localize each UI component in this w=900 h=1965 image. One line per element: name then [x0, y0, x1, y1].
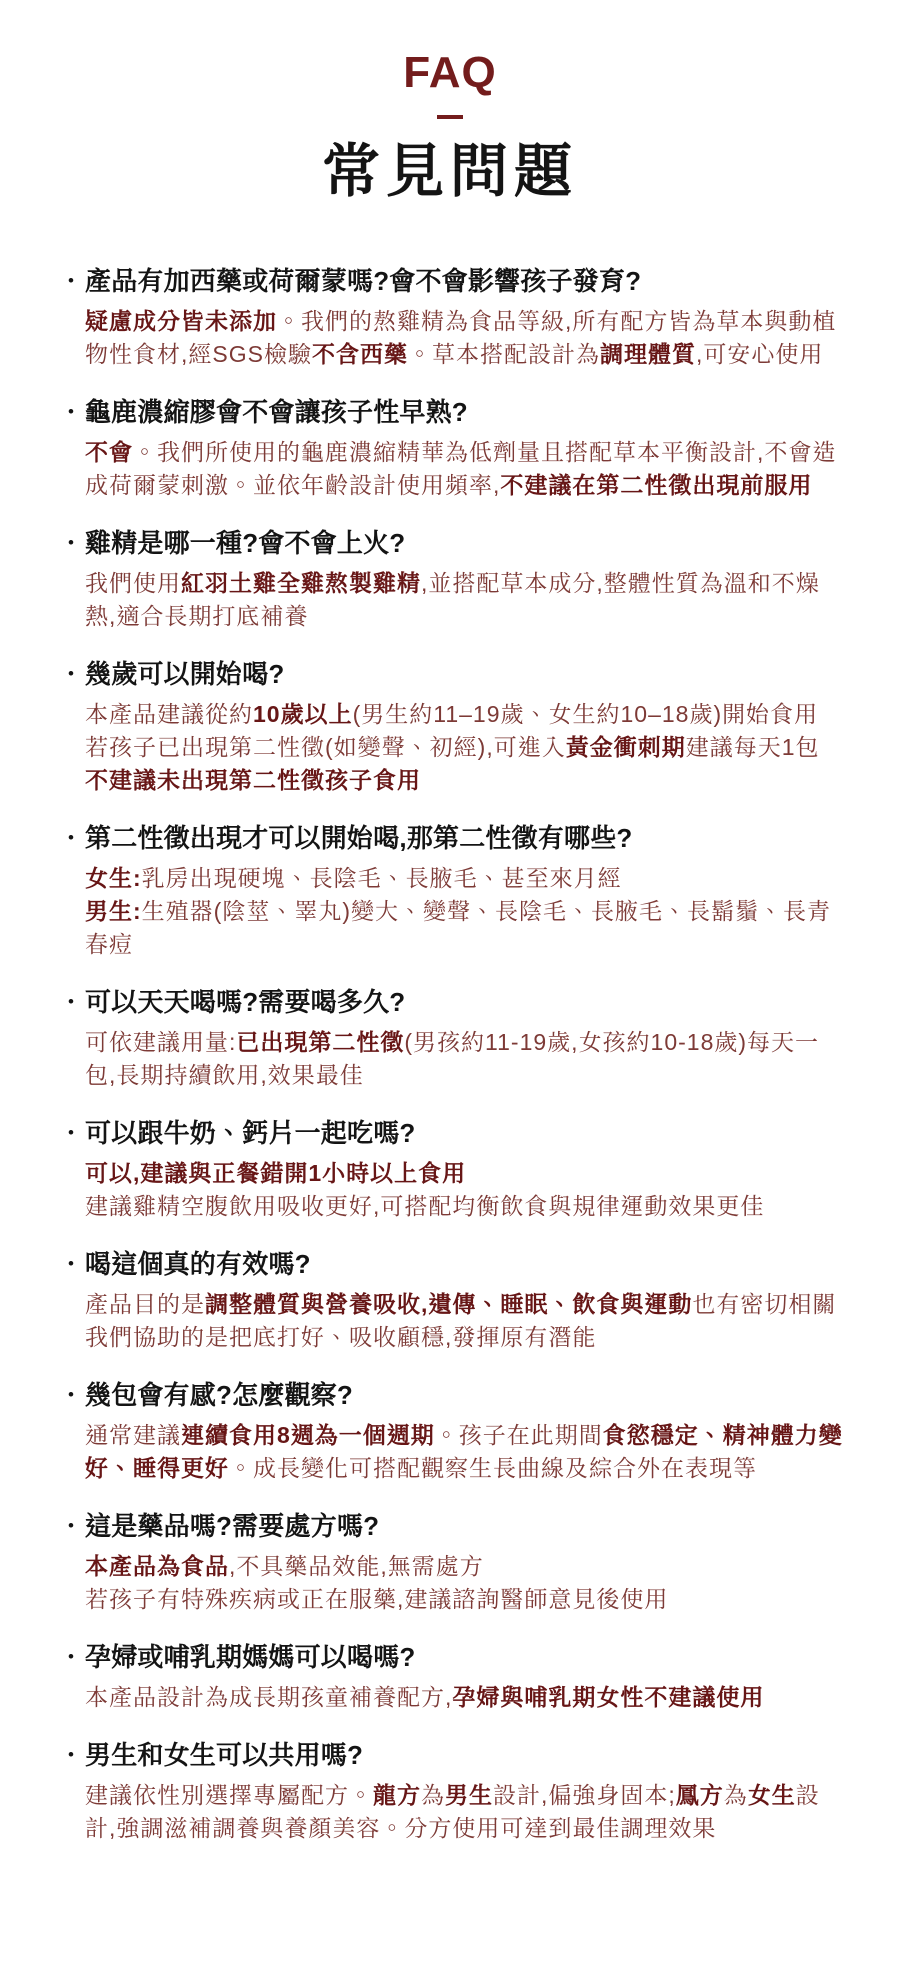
faq-question: •產品有加西藥或荷爾蒙嗎?會不會影響孩子發育? — [68, 264, 846, 298]
answer-text-segment: ,不具藥品效能,無需處方 — [229, 1553, 484, 1579]
faq-answer-paragraph: 我們使用紅羽土雞全雞熬製雞精,並搭配草本成分,整體性質為溫和不燥熱,適合長期打底… — [85, 567, 846, 633]
answer-text-segment: 可依建議用量: — [85, 1029, 236, 1055]
faq-question: •可以跟牛奶、鈣片一起吃嗎? — [68, 1116, 846, 1150]
faq-page: FAQ 常見問題 •產品有加西藥或荷爾蒙嗎?會不會影響孩子發育?疑慮成分皆未添加… — [0, 0, 900, 1965]
bullet-icon: • — [68, 526, 85, 560]
answer-text-segment: 女生: — [85, 865, 142, 891]
answer-text-segment: 調理體質 — [600, 341, 696, 367]
faq-answer-paragraph: 建議雞精空腹飲用吸收更好,可搭配均衡飲食與規律運動效果更佳 — [85, 1190, 846, 1223]
faq-question: •龜鹿濃縮膠會不會讓孩子性早熟? — [68, 395, 846, 429]
answer-text-segment: 不建議在第二性徵出現前服用 — [500, 472, 812, 498]
faq-question: •喝這個真的有效嗎? — [68, 1247, 846, 1281]
answer-text-segment: 鳳方 — [676, 1782, 724, 1808]
faq-eyebrow: FAQ — [68, 44, 832, 102]
answer-text-segment: 可以,建議與正餐錯開1小時以上食用 — [85, 1160, 466, 1186]
answer-text-segment: 為 — [724, 1782, 748, 1808]
answer-text-segment: 本產品建議從約 — [85, 701, 253, 727]
faq-answer: 可以,建議與正餐錯開1小時以上食用建議雞精空腹飲用吸收更好,可搭配均衡飲食與規律… — [85, 1157, 846, 1223]
answer-text-segment: 不含西藥 — [312, 341, 408, 367]
faq-item: •喝這個真的有效嗎?產品目的是調整體質與營養吸收,遺傳、睡眠、飲食與運動也有密切… — [68, 1247, 846, 1354]
faq-item: •幾包會有感?怎麼觀察?通常建議連續食用8週為一個週期。孩子在此期間食慾穩定、精… — [68, 1378, 846, 1485]
answer-text-segment: 生殖器(陰莖、睪丸)變大、變聲、長陰毛、長腋毛、長鬍鬚、長青春痘 — [85, 898, 831, 957]
faq-question-text: 龜鹿濃縮膠會不會讓孩子性早熟? — [85, 395, 468, 429]
faq-answer-paragraph: 不建議未出現第二性徵孩子食用 — [85, 764, 846, 797]
faq-answer: 本產品設計為成長期孩童補養配方,孕婦與哺乳期女性不建議使用 — [85, 1681, 846, 1714]
faq-item: •龜鹿濃縮膠會不會讓孩子性早熟?不會。我們所使用的龜鹿濃縮精華為低劑量且搭配草本… — [68, 395, 846, 502]
faq-item: •這是藥品嗎?需要處方嗎?本產品為食品,不具藥品效能,無需處方若孩子有特殊疾病或… — [68, 1509, 846, 1616]
faq-answer: 本產品建議從約10歲以上(男生約11–19歲、女生約10–18歲)開始食用若孩子… — [85, 698, 846, 797]
answer-text-segment: 10歲以上 — [253, 701, 353, 727]
answer-text-segment: 紅羽土雞全雞熬製雞精 — [181, 570, 421, 596]
bullet-icon: • — [68, 657, 85, 691]
answer-text-segment: 。孩子在此期間 — [435, 1422, 603, 1448]
bullet-icon: • — [68, 821, 85, 855]
faq-question-text: 可以跟牛奶、鈣片一起吃嗎? — [85, 1116, 415, 1150]
faq-answer-paragraph: 女生:乳房出現硬塊、長陰毛、長腋毛、甚至來月經 — [85, 862, 846, 895]
faq-answer-paragraph: 不會。我們所使用的龜鹿濃縮精華為低劑量且搭配草本平衡設計,不會造成荷爾蒙刺激。並… — [85, 436, 846, 502]
answer-text-segment: 孕婦與哺乳期女性不建議使用 — [452, 1684, 764, 1710]
bullet-icon: • — [68, 1640, 85, 1674]
faq-answer-paragraph: 產品目的是調整體質與營養吸收,遺傳、睡眠、飲食與運動也有密切相關 — [85, 1288, 846, 1321]
bullet-icon: • — [68, 395, 85, 429]
answer-text-segment: 也有密切相關 — [692, 1291, 836, 1317]
answer-text-segment: 疑慮成分皆未添加 — [85, 308, 277, 334]
faq-answer-paragraph: 本產品設計為成長期孩童補養配方,孕婦與哺乳期女性不建議使用 — [85, 1681, 846, 1714]
answer-text-segment: 。成長變化可搭配觀察生長曲線及綜合外在表現等 — [229, 1455, 757, 1481]
answer-text-segment: 連續食用8週為一個週期 — [181, 1422, 435, 1448]
faq-answer-paragraph: 若孩子已出現第二性徵(如變聲、初經),可進入黃金衝刺期建議每天1包 — [85, 731, 846, 764]
faq-question-text: 幾歲可以開始喝? — [85, 657, 284, 691]
faq-question-text: 可以天天喝嗎?需要喝多久? — [85, 985, 405, 1019]
faq-answer: 不會。我們所使用的龜鹿濃縮精華為低劑量且搭配草本平衡設計,不會造成荷爾蒙刺激。並… — [85, 436, 846, 502]
faq-answer: 我們使用紅羽土雞全雞熬製雞精,並搭配草本成分,整體性質為溫和不燥熱,適合長期打底… — [85, 567, 846, 633]
faq-answer-paragraph: 通常建議連續食用8週為一個週期。孩子在此期間食慾穩定、精神體力變好、睡得更好。成… — [85, 1419, 846, 1485]
answer-text-segment: 若孩子有特殊疾病或正在服藥,建議諮詢醫師意見後使用 — [85, 1586, 668, 1612]
answer-text-segment: 設計,偏強身固本; — [493, 1782, 676, 1808]
faq-question: •第二性徵出現才可以開始喝,那第二性徵有哪些? — [68, 821, 846, 855]
bullet-icon: • — [68, 264, 85, 298]
answer-text-segment: 黃金衝刺期 — [566, 734, 686, 760]
faq-item: •雞精是哪一種?會不會上火?我們使用紅羽土雞全雞熬製雞精,並搭配草本成分,整體性… — [68, 526, 846, 633]
faq-item: •男生和女生可以共用嗎?建議依性別選擇專屬配方。龍方為男生設計,偏強身固本;鳳方… — [68, 1738, 846, 1845]
faq-question: •雞精是哪一種?會不會上火? — [68, 526, 846, 560]
answer-text-segment: 不會 — [85, 439, 133, 465]
faq-answer-paragraph: 疑慮成分皆未添加。我們的熬雞精為食品等級,所有配方皆為草本與動植物性食材,經SG… — [85, 305, 846, 371]
answer-text-segment: 本產品設計為成長期孩童補養配方, — [85, 1684, 452, 1710]
faq-answer-paragraph: 男生:生殖器(陰莖、睪丸)變大、變聲、長陰毛、長腋毛、長鬍鬚、長青春痘 — [85, 895, 846, 961]
faq-item: •可以天天喝嗎?需要喝多久?可依建議用量:已出現第二性徵(男孩約11-19歲,女… — [68, 985, 846, 1092]
faq-answer: 產品目的是調整體質與營養吸收,遺傳、睡眠、飲食與運動也有密切相關我們協助的是把底… — [85, 1288, 846, 1354]
answer-text-segment: 。草本搭配設計為 — [408, 341, 600, 367]
faq-question-text: 產品有加西藥或荷爾蒙嗎?會不會影響孩子發育? — [85, 264, 641, 298]
answer-text-segment: 已出現第二性徵 — [236, 1029, 404, 1055]
faq-question-text: 喝這個真的有效嗎? — [85, 1247, 311, 1281]
faq-answer-paragraph: 本產品建議從約10歲以上(男生約11–19歲、女生約10–18歲)開始食用 — [85, 698, 846, 731]
answer-text-segment: 不建議未出現第二性徵孩子食用 — [85, 767, 421, 793]
bullet-icon: • — [68, 1509, 85, 1543]
bullet-icon: • — [68, 1247, 85, 1281]
faq-answer-paragraph: 可依建議用量:已出現第二性徵(男孩約11-19歲,女孩約10-18歲)每天一包,… — [85, 1026, 846, 1092]
faq-answer: 通常建議連續食用8週為一個週期。孩子在此期間食慾穩定、精神體力變好、睡得更好。成… — [85, 1419, 846, 1485]
divider — [437, 115, 463, 119]
faq-item: •幾歲可以開始喝?本產品建議從約10歲以上(男生約11–19歲、女生約10–18… — [68, 657, 846, 797]
answer-text-segment: 我們使用 — [85, 570, 181, 596]
answer-text-segment: 調整體質與營養吸收,遺傳、睡眠、飲食與運動 — [205, 1291, 692, 1317]
faq-question-text: 雞精是哪一種?會不會上火? — [85, 526, 405, 560]
faq-answer: 建議依性別選擇專屬配方。龍方為男生設計,偏強身固本;鳳方為女生設計,強調滋補調養… — [85, 1779, 846, 1845]
faq-answer: 疑慮成分皆未添加。我們的熬雞精為食品等級,所有配方皆為草本與動植物性食材,經SG… — [85, 305, 846, 371]
bullet-icon: • — [68, 1738, 85, 1772]
faq-answer-paragraph: 建議依性別選擇專屬配方。龍方為男生設計,偏強身固本;鳳方為女生設計,強調滋補調養… — [85, 1779, 846, 1845]
page-title: 常見問題 — [68, 136, 832, 208]
faq-question-text: 第二性徵出現才可以開始喝,那第二性徵有哪些? — [85, 821, 633, 855]
answer-text-segment: 建議雞精空腹飲用吸收更好,可搭配均衡飲食與規律運動效果更佳 — [85, 1193, 764, 1219]
page-header: FAQ 常見問題 — [68, 44, 832, 208]
bullet-icon: • — [68, 1378, 85, 1412]
faq-item: •孕婦或哺乳期媽媽可以喝嗎?本產品設計為成長期孩童補養配方,孕婦與哺乳期女性不建… — [68, 1640, 846, 1714]
answer-text-segment: 建議每天1包 — [686, 734, 820, 760]
faq-list: •產品有加西藥或荷爾蒙嗎?會不會影響孩子發育?疑慮成分皆未添加。我們的熬雞精為食… — [68, 264, 846, 1845]
bullet-icon: • — [68, 1116, 85, 1150]
faq-question: •孕婦或哺乳期媽媽可以喝嗎? — [68, 1640, 846, 1674]
faq-question: •這是藥品嗎?需要處方嗎? — [68, 1509, 846, 1543]
faq-answer: 女生:乳房出現硬塊、長陰毛、長腋毛、甚至來月經男生:生殖器(陰莖、睪丸)變大、變… — [85, 862, 846, 961]
answer-text-segment: 為 — [421, 1782, 445, 1808]
faq-item: •第二性徵出現才可以開始喝,那第二性徵有哪些?女生:乳房出現硬塊、長陰毛、長腋毛… — [68, 821, 846, 961]
answer-text-segment: 男生 — [445, 1782, 493, 1808]
faq-question-text: 這是藥品嗎?需要處方嗎? — [85, 1509, 379, 1543]
faq-question: •幾包會有感?怎麼觀察? — [68, 1378, 846, 1412]
answer-text-segment: ,可安心使用 — [696, 341, 823, 367]
answer-text-segment: (男生約11–19歲、女生約10–18歲)開始食用 — [353, 701, 819, 727]
faq-question-text: 男生和女生可以共用嗎? — [85, 1738, 363, 1772]
faq-answer: 可依建議用量:已出現第二性徵(男孩約11-19歲,女孩約10-18歲)每天一包,… — [85, 1026, 846, 1092]
faq-question: •男生和女生可以共用嗎? — [68, 1738, 846, 1772]
faq-answer-paragraph: 本產品為食品,不具藥品效能,無需處方 — [85, 1550, 846, 1583]
faq-question-text: 孕婦或哺乳期媽媽可以喝嗎? — [85, 1640, 415, 1674]
answer-text-segment: 女生 — [748, 1782, 796, 1808]
answer-text-segment: 男生: — [85, 898, 142, 924]
faq-item: •可以跟牛奶、鈣片一起吃嗎?可以,建議與正餐錯開1小時以上食用建議雞精空腹飲用吸… — [68, 1116, 846, 1223]
answer-text-segment: 龍方 — [373, 1782, 421, 1808]
faq-answer: 本產品為食品,不具藥品效能,無需處方若孩子有特殊疾病或正在服藥,建議諮詢醫師意見… — [85, 1550, 846, 1616]
faq-answer-paragraph: 若孩子有特殊疾病或正在服藥,建議諮詢醫師意見後使用 — [85, 1583, 846, 1616]
answer-text-segment: 建議依性別選擇專屬配方。 — [85, 1782, 373, 1808]
answer-text-segment: 本產品為食品 — [85, 1553, 229, 1579]
faq-question: •可以天天喝嗎?需要喝多久? — [68, 985, 846, 1019]
faq-question-text: 幾包會有感?怎麼觀察? — [85, 1378, 353, 1412]
faq-answer-paragraph: 可以,建議與正餐錯開1小時以上食用 — [85, 1157, 846, 1190]
answer-text-segment: 通常建議 — [85, 1422, 181, 1448]
answer-text-segment: 我們協助的是把底打好、吸收顧穩,發揮原有潛能 — [85, 1324, 596, 1350]
answer-text-segment: 若孩子已出現第二性徵(如變聲、初經),可進入 — [85, 734, 566, 760]
faq-answer-paragraph: 我們協助的是把底打好、吸收顧穩,發揮原有潛能 — [85, 1321, 846, 1354]
answer-text-segment: 產品目的是 — [85, 1291, 205, 1317]
faq-question: •幾歲可以開始喝? — [68, 657, 846, 691]
answer-text-segment: 乳房出現硬塊、長陰毛、長腋毛、甚至來月經 — [142, 865, 622, 891]
bullet-icon: • — [68, 985, 85, 1019]
faq-item: •產品有加西藥或荷爾蒙嗎?會不會影響孩子發育?疑慮成分皆未添加。我們的熬雞精為食… — [68, 264, 846, 371]
